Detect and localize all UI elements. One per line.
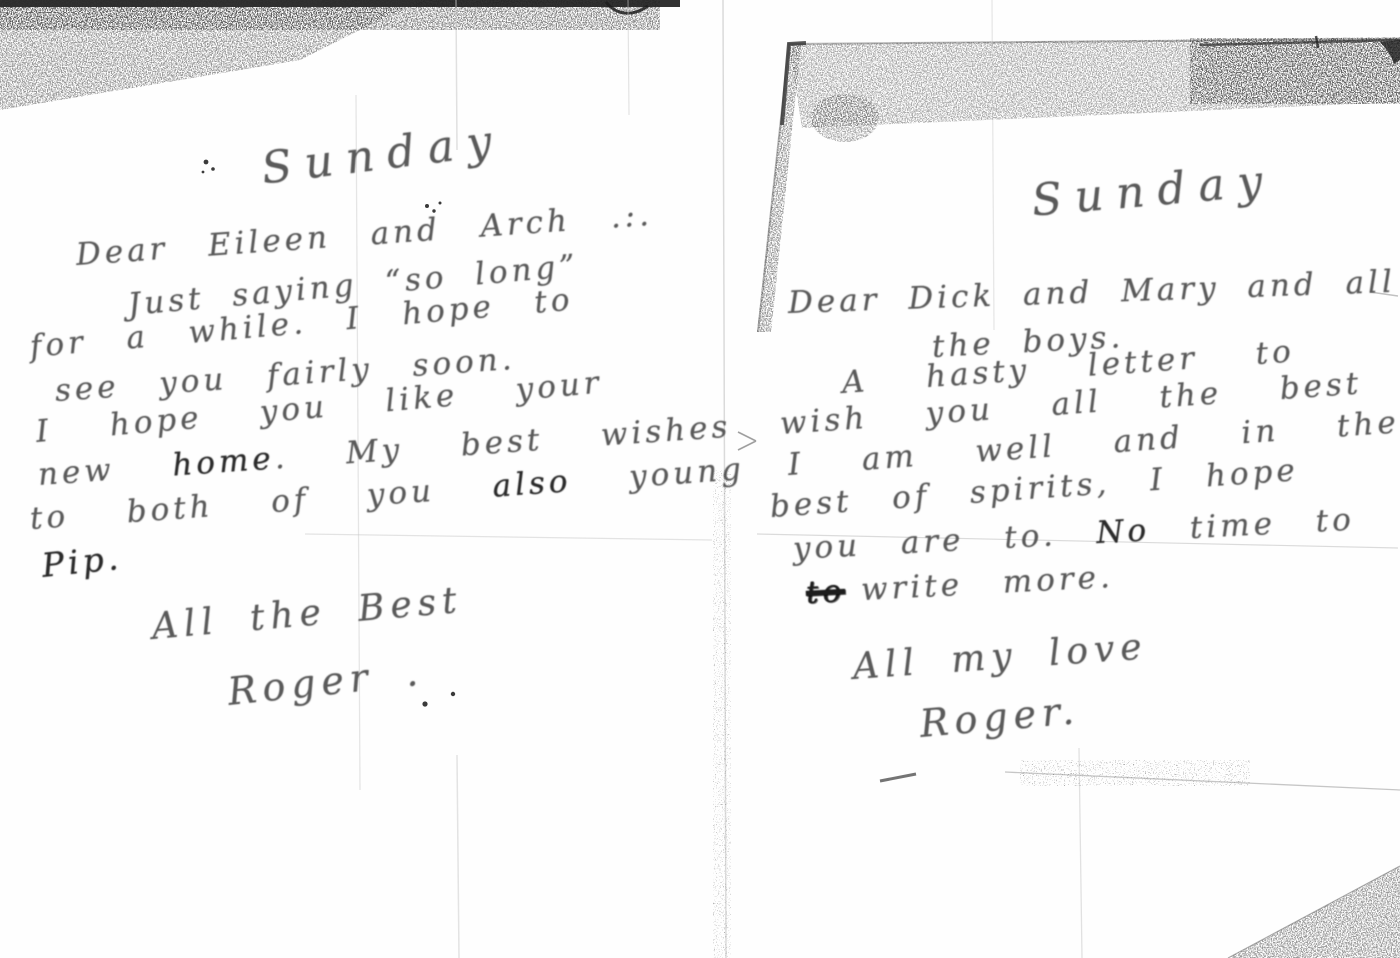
- right-letter-salutation: Dear Dick and Mary and all: [787, 265, 1396, 320]
- left-letter-closing: All the Best: [150, 581, 464, 648]
- right-letter-closing: All my love: [852, 627, 1149, 687]
- letter-line: Pip.: [40, 540, 124, 584]
- left-letter-signature: Roger .: [226, 652, 426, 714]
- letter-line-segment: new: [37, 448, 174, 493]
- right-letter-signature: Roger.: [918, 690, 1081, 746]
- letter-line-segment: write more.: [860, 559, 1115, 608]
- left-letter-heading: Sunday: [259, 116, 507, 194]
- scanned-letters-sheet: Sunday Dear Eileen and Arch .:. Just say…: [0, 0, 1400, 958]
- overwritten-word: No: [1095, 512, 1151, 551]
- overwritten-word: also: [491, 463, 572, 504]
- right-letter-heading: Sunday: [1030, 157, 1277, 226]
- crossed-out-word: to: [805, 573, 846, 611]
- right-letter-page: Sunday Dear Dick and Mary and all the bo…: [712, 0, 1400, 958]
- letter-line: towrite more.: [805, 560, 1115, 610]
- left-letter-page: Sunday Dear Eileen and Arch .:. Just say…: [0, 0, 712, 958]
- overwritten-word: home: [171, 441, 276, 484]
- letter-line-segment: you are to.: [792, 515, 1097, 567]
- letter-line-segment: time to: [1149, 502, 1356, 549]
